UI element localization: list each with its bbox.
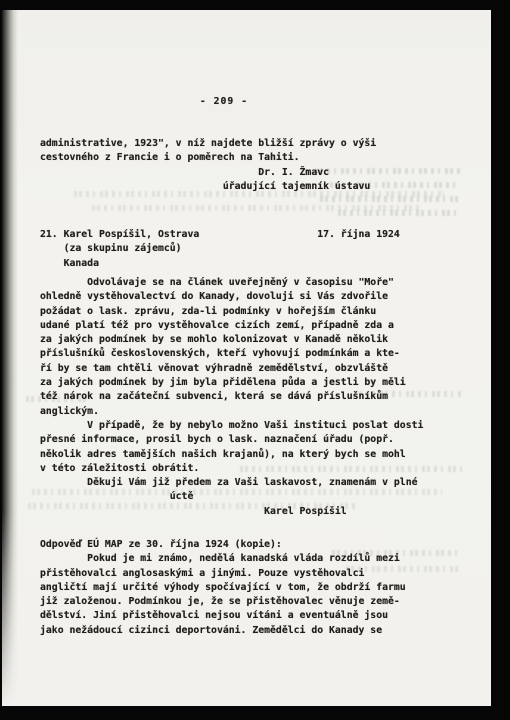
text-line: za jakých podmínek by se mohlo kolonizov… xyxy=(40,333,423,347)
text-line: Pokud je mi známo, nedělá kanadská vláda… xyxy=(40,552,406,566)
page-number: - 209 - xyxy=(40,95,408,109)
text-line: V případě, že by nebylo možno Vaši insti… xyxy=(40,419,423,433)
text-line: Odpověď EÚ MAP ze 30. října 1924 (kopie)… xyxy=(40,538,406,552)
text-line: anglickým. xyxy=(40,405,423,419)
text-line: několik adres tamějších našich krajanů),… xyxy=(40,448,423,462)
reply-text: Odpověď EÚ MAP ze 30. října 1924 (kopie)… xyxy=(40,538,406,638)
binding-shadow xyxy=(2,10,18,706)
book-scan: - 209 - administrative, 1923", v níž naj… xyxy=(0,0,510,720)
letter-body: Odvolávaje se na článek uveřejněný v čas… xyxy=(40,276,423,519)
text-line: úctě xyxy=(40,490,423,504)
text-line: ohledně vystěhovalectví do Kanady, dovol… xyxy=(40,290,423,304)
text-line: Dr. I. Žmavc xyxy=(40,166,376,180)
text-line: Děkuji Vám již předem za Vaši laskavost,… xyxy=(40,476,423,490)
text-line: přistěhovalci anglosaskými a jinými. Pou… xyxy=(40,567,406,581)
text-line: udané platí též pro vystěhovalce cizích … xyxy=(40,319,423,333)
text-line: angličtí mají určité výhody spočívající … xyxy=(40,581,406,595)
text-line: Kanada xyxy=(40,257,400,271)
document-page: - 209 - administrative, 1923", v níž naj… xyxy=(2,10,491,706)
text-line: příslušníků československých, kteří vyho… xyxy=(40,347,423,361)
text-line: Odvolávaje se na článek uveřejněný v čas… xyxy=(40,276,423,290)
text-line: přesné informace, prosil bych o lask. na… xyxy=(40,433,423,447)
text-line: Karel Pospíšil xyxy=(40,505,423,519)
text-line: dělství. Jiní přistěhovalci nejsou vítán… xyxy=(40,609,406,623)
text-line: ří by se tam chtěli věnovat výhradně zem… xyxy=(40,362,423,376)
text-line: 21. Karel Pospíšil, Ostrava 17. října 19… xyxy=(40,228,400,242)
text-line: požádat o lask. zprávu, zda-li podmínky … xyxy=(40,305,423,319)
text-line: již založenou. Podmínkou je, že se přist… xyxy=(40,595,406,609)
bleed-through-text xyxy=(338,210,456,216)
text-line: cestovného z Francie i o poměrech na Tah… xyxy=(40,151,376,165)
text-line: (za skupinu zájemců) xyxy=(40,242,400,256)
text-line: úřadující tajemník ústavu xyxy=(40,180,376,194)
closing-previous-letter: administrative, 1923", v níž najdete bli… xyxy=(40,137,376,194)
text-line: v této záležitosti obrátit. xyxy=(40,462,423,476)
text-line: za jakých podmínek by jim byla přidělena… xyxy=(40,376,423,390)
text-line: též nárok na začáteční subvenci, která s… xyxy=(40,390,423,404)
letter-heading: 21. Karel Pospíšil, Ostrava 17. října 19… xyxy=(40,228,400,271)
text-line: jako nežádoucí cizinci deportováni. Země… xyxy=(40,624,406,638)
text-line: administrative, 1923", v níž najdete bli… xyxy=(40,137,376,151)
